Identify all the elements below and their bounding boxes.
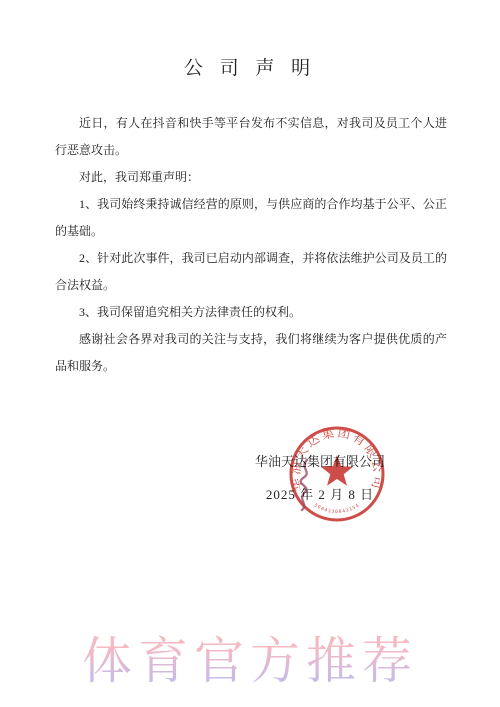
page-title: 公 司 声 明 xyxy=(0,53,500,80)
paragraph-declaration-lead: 对此，我司郑重声明： xyxy=(55,164,447,191)
seal-serial-number: 5004330043154 xyxy=(313,502,361,515)
paragraph-point-3: 3、我司保留追究相关方法律责任的权利。 xyxy=(55,299,447,326)
paragraph-point-2: 2、针对此次事件，我司已启动内部调查，并将依法维护公司及员工的合法权益。 xyxy=(55,245,447,299)
statement-body: 近日，有人在抖音和快手等平台发布不实信息，对我司及员工个人进行恶意攻击。 对此，… xyxy=(55,110,447,380)
document-page: 公 司 声 明 近日，有人在抖音和快手等平台发布不实信息，对我司及员工个人进行恶… xyxy=(0,0,500,707)
paragraph-point-1: 1、我司始终秉持诚信经营的原则，与供应商的合作均基于公平、公正的基础。 xyxy=(55,191,447,245)
watermark-text: 体育官方推荐 xyxy=(0,634,500,689)
paragraph-closing: 感谢社会各界对我司的关注与支持，我们将继续为客户提供优质的产品和服务。 xyxy=(55,326,447,380)
paragraph-intro: 近日，有人在抖音和快手等平台发布不实信息，对我司及员工个人进行恶意攻击。 xyxy=(55,110,447,164)
company-seal-stamp: 华油天达集团有限公司 5004330043154 xyxy=(287,424,387,524)
seal-star-icon xyxy=(321,455,353,486)
